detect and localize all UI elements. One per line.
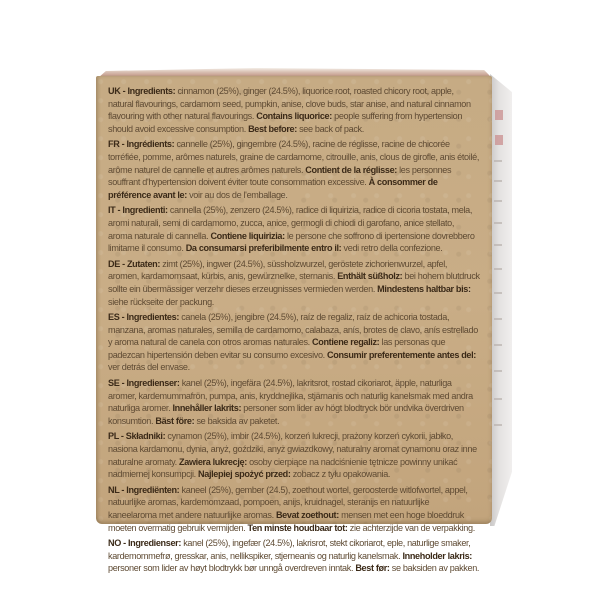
side-print-line bbox=[494, 318, 502, 320]
best-before-text: siehe rückseite der packung. bbox=[108, 297, 214, 307]
side-print-line bbox=[494, 292, 502, 294]
ingredients-uk: UK - Ingredients: cinnamon (25%), ginger… bbox=[108, 85, 480, 135]
ingredients-se: SE - Ingredienser: kanel (25%), ingefära… bbox=[108, 377, 480, 427]
best-before-label: Consumir preferentemente antes del: bbox=[327, 350, 476, 360]
ingredients-fr: FR - Ingrédients: cannelle (25%), gingem… bbox=[108, 138, 480, 201]
side-print-line bbox=[494, 268, 502, 270]
ingredients-no: NO - Ingredienser: kanel (25%), ingefær … bbox=[108, 537, 480, 575]
lang-label: PL - Składniki: bbox=[108, 431, 165, 441]
warning-text: personer som lider av høyt blodtrykk bør… bbox=[108, 563, 355, 573]
side-print-line bbox=[494, 398, 502, 400]
ingredients-de: DE - Zutaten: zimt (25%), ingwer (24.5%)… bbox=[108, 258, 480, 308]
best-before-text: zobacz z tyłu opakowania. bbox=[291, 469, 391, 479]
side-print-line bbox=[494, 424, 502, 426]
best-before-label: Ten minste houdbaar tot: bbox=[248, 523, 348, 533]
side-print-line bbox=[494, 344, 502, 346]
best-before-label: Bäst före: bbox=[155, 416, 194, 426]
ingredients-pl: PL - Składniki: cynamon (25%), imbir (24… bbox=[108, 430, 480, 480]
best-before-label: Best before: bbox=[248, 124, 297, 134]
warning-label: Contiene regaliz: bbox=[312, 337, 379, 347]
warning-label: Bevat zoethout: bbox=[276, 510, 339, 520]
warning-label: Contiene liquirizia: bbox=[210, 231, 284, 241]
lang-label: UK - Ingredients: bbox=[108, 86, 175, 96]
ingredients-it: IT - Ingredienti: cannella (25%), zenzer… bbox=[108, 204, 480, 254]
best-before-text: see back of pack. bbox=[297, 124, 364, 134]
side-print-line bbox=[494, 370, 502, 372]
warning-label: Contains liquorice: bbox=[256, 111, 332, 121]
box-front-panel: UK - Ingredients: cinnamon (25%), ginger… bbox=[96, 76, 492, 524]
side-print-line bbox=[494, 200, 502, 202]
product-photo: UK - Ingredients: cinnamon (25%), ginger… bbox=[0, 0, 600, 600]
best-before-label: Best før: bbox=[355, 563, 389, 573]
best-before-text: vedi retro della confezione. bbox=[341, 243, 442, 253]
lang-label: FR - Ingrédients: bbox=[108, 139, 174, 149]
best-before-text: zie achterzijde van de verpakking. bbox=[348, 523, 475, 533]
side-print-line bbox=[494, 160, 502, 162]
lang-label: NO - Ingredienser: bbox=[108, 538, 181, 548]
best-before-text: voir au dos de l'emballage. bbox=[187, 190, 288, 200]
warning-label: Innehåller lakrits: bbox=[172, 403, 241, 413]
lang-label: SE - Ingredienser: bbox=[108, 378, 180, 388]
side-print-line bbox=[494, 222, 502, 224]
best-before-text: se baksida av paketet. bbox=[194, 416, 279, 426]
lang-label: DE - Zutaten: bbox=[108, 259, 160, 269]
best-before-text: ver detrás del envase. bbox=[108, 362, 190, 372]
side-print-line bbox=[494, 180, 502, 182]
ingredients-list: UK - Ingredients: cinnamon (25%), ginger… bbox=[108, 85, 480, 578]
best-before-label: Da consumarsi preferibilmente entro il: bbox=[186, 243, 342, 253]
lang-label: NL - Ingrediënten: bbox=[108, 485, 179, 495]
ingredients-es: ES - Ingredientes: canela (25%), jengibr… bbox=[108, 311, 480, 374]
lang-label: ES - Ingredientes: bbox=[108, 312, 179, 322]
best-before-text: se baksiden av pakken. bbox=[390, 563, 480, 573]
side-print-line bbox=[494, 244, 502, 246]
warning-label: Enthält süßholz: bbox=[337, 271, 402, 281]
side-print-mark bbox=[495, 110, 503, 120]
side-print-mark bbox=[495, 135, 503, 145]
ingredients-nl: NL - Ingrediënten: kaneel (25%), gember … bbox=[108, 484, 480, 534]
best-before-label: Najlepiej spożyć przed: bbox=[198, 469, 291, 479]
best-before-label: Mindestens haltbar bis: bbox=[377, 284, 471, 294]
warning-label: Inneholder lakris: bbox=[402, 551, 472, 561]
warning-label: Zawiera lukrecję: bbox=[179, 457, 247, 467]
warning-label: Contient de la réglisse: bbox=[305, 165, 397, 175]
lang-label: IT - Ingredienti: bbox=[108, 205, 168, 215]
